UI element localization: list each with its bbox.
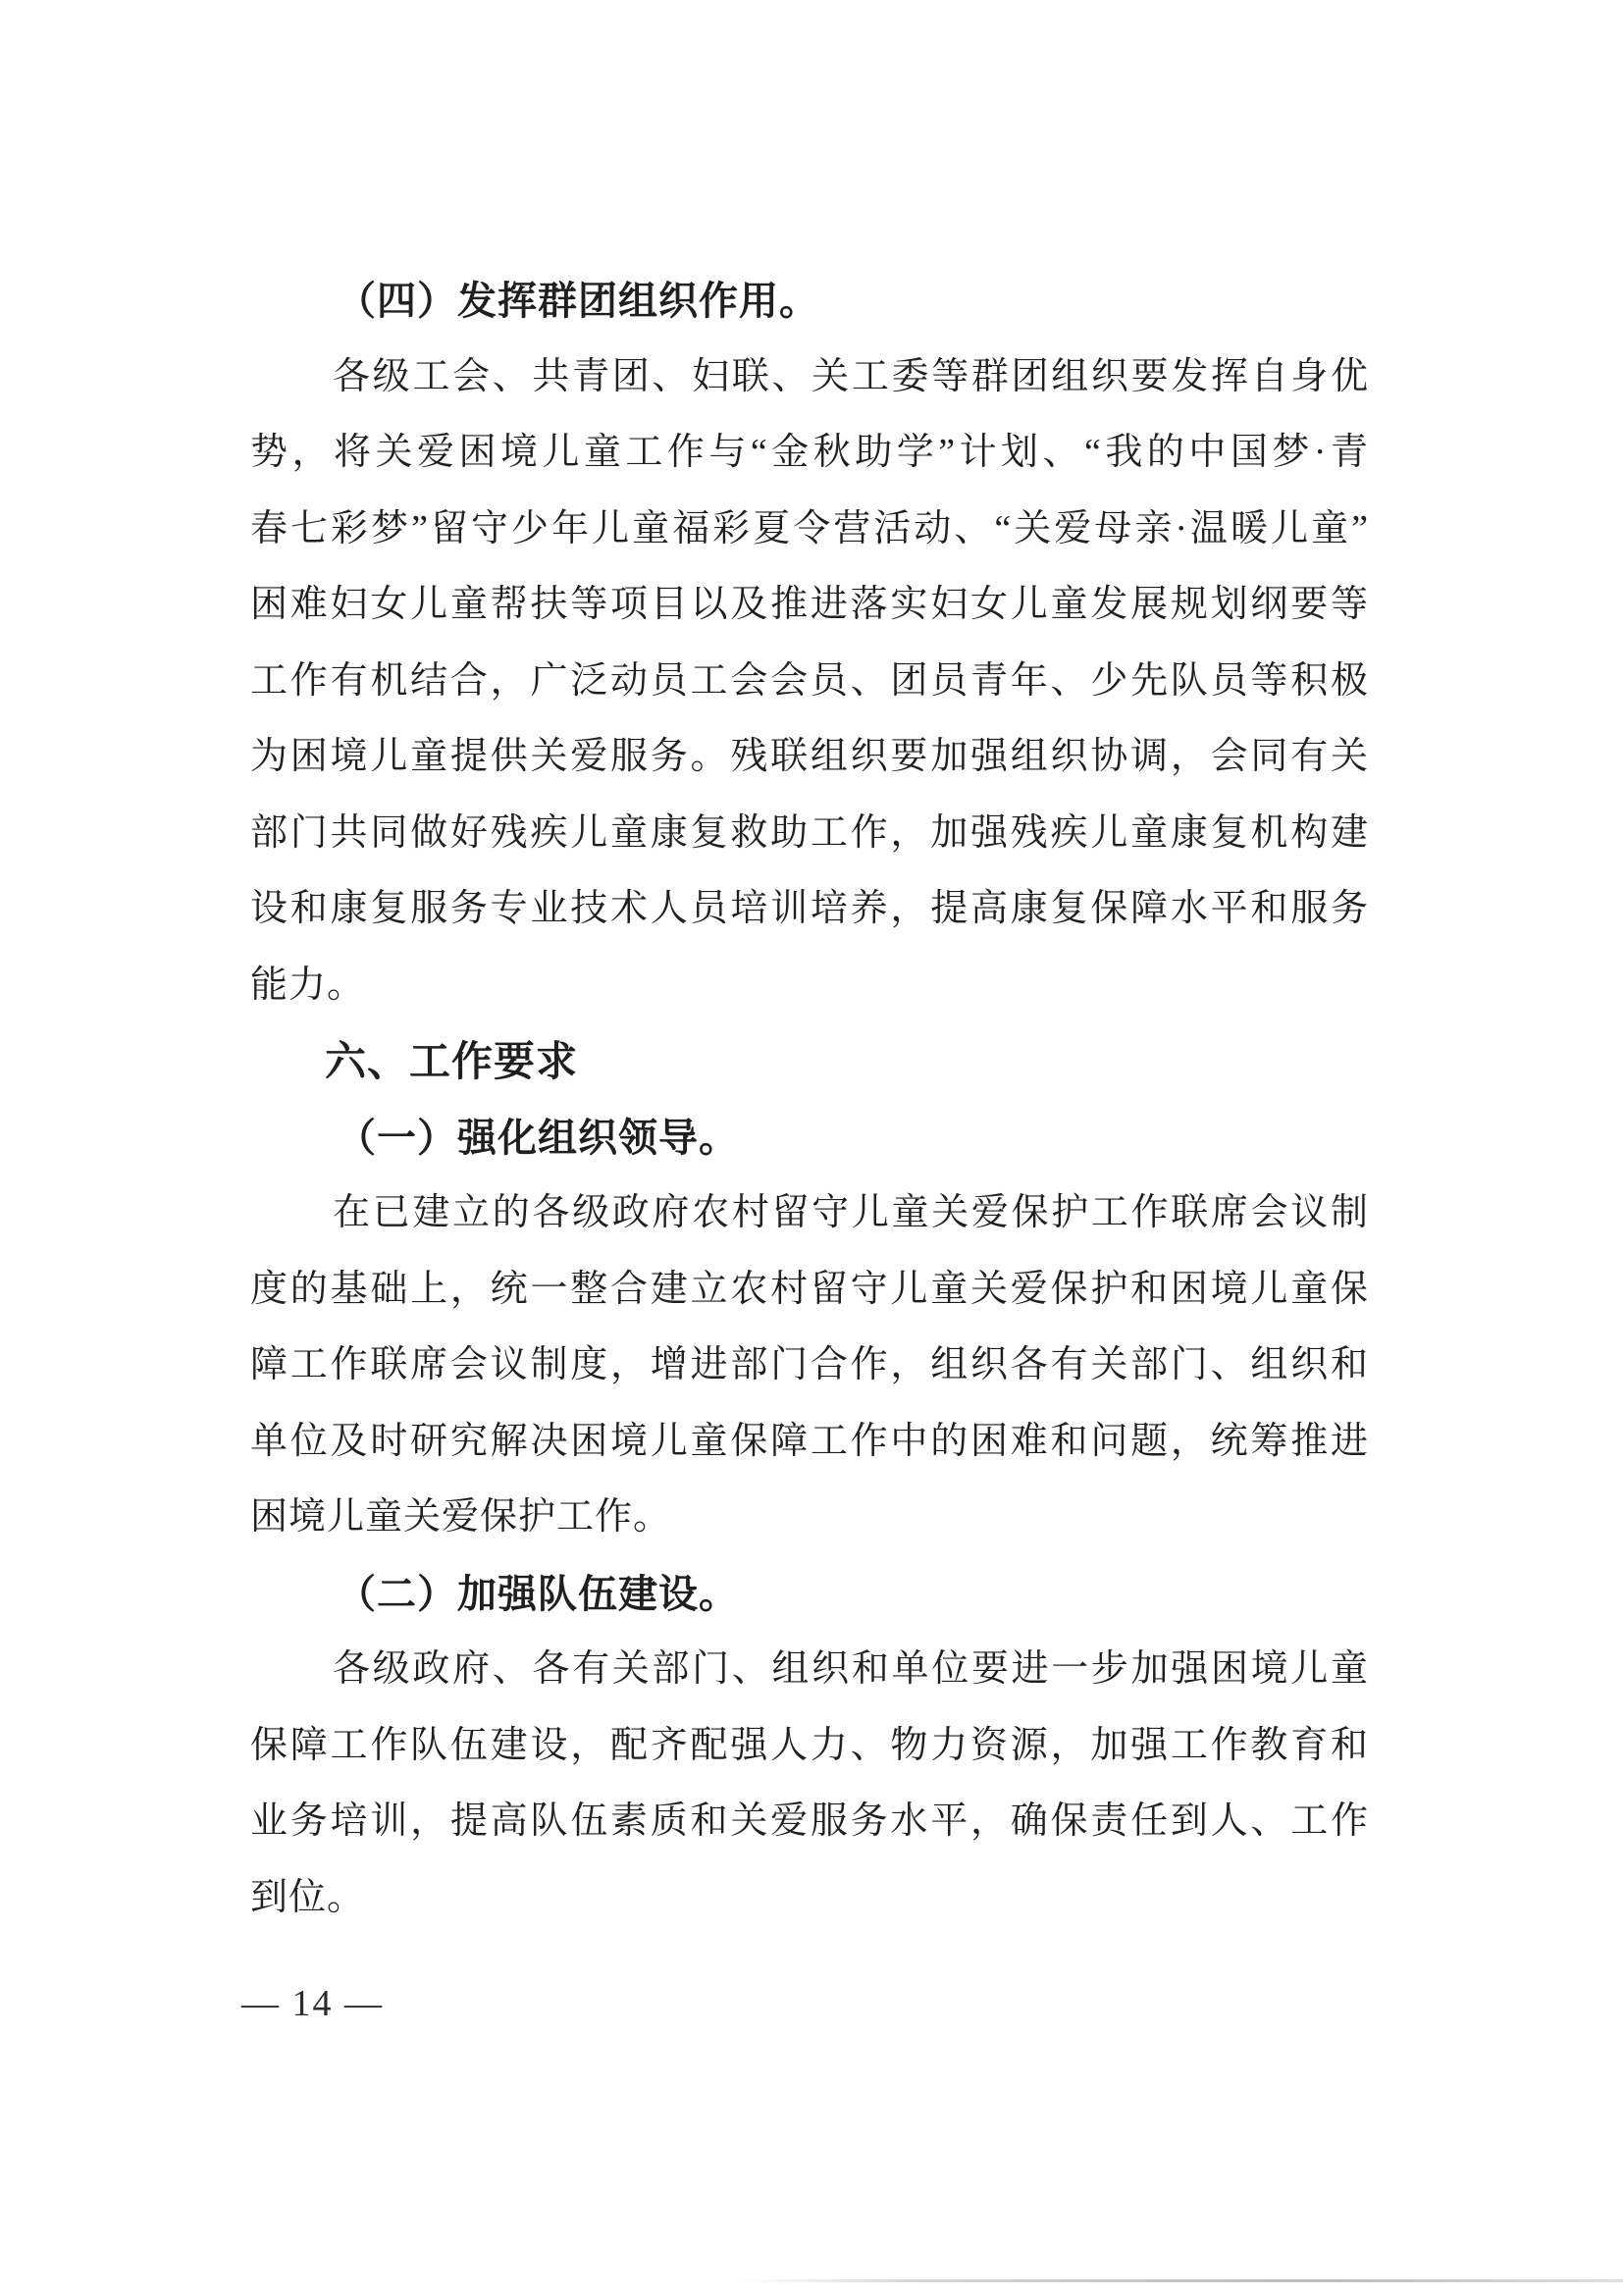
section-heading-6: 六、工作要求 [250,1023,1369,1100]
paragraph-line: 保障工作队伍建设，配齐配强人力、物力资源，加强工作教育和 [250,1708,1369,1785]
paragraph-line: 势，将关爱困境儿童工作与“金秋助学”计划、“我的中国梦·青 [250,415,1369,492]
paragraph-line: 各级工会、共青团、妇联、关工委等群团组织要发挥自身优 [250,339,1369,416]
paragraph-line: 度的基础上，统一整合建立农村留守儿童关爱保护和困境儿童保 [250,1252,1369,1329]
scan-artifact-line [741,2279,1623,2282]
paragraph-line: 春七彩梦”留守少年儿童福彩夏令营活动、“关爱母亲·温暖儿童” [250,492,1369,568]
paragraph-line: 工作有机结合，广泛动员工会会员、团员青年、少先队员等积极 [250,644,1369,720]
paragraph-end-line: 能力。 [250,948,1369,1024]
scanned-document-page: （四）发挥群团组织作用。 各级工会、共青团、妇联、关工委等群团组织要发挥自身优 … [0,0,1623,2296]
paragraph-end-line: 困境儿童关爱保护工作。 [250,1480,1369,1556]
paragraph-end-line: 到位。 [250,1860,1369,1937]
subsection-heading-2: （二）加强队伍建设。 [250,1556,1369,1633]
page-number: — 14 — [241,1974,384,2033]
paragraph-line: 各级政府、各有关部门、组织和单位要进一步加强困境儿童 [250,1632,1369,1708]
paragraph-line: 部门共同做好残疾儿童康复救助工作，加强残疾儿童康复机构建 [250,796,1369,872]
document-body: （四）发挥群团组织作用。 各级工会、共青团、妇联、关工委等群团组织要发挥自身优 … [250,263,1369,1936]
paragraph-line: 单位及时研究解决困境儿童保障工作中的困难和问题，统筹推进 [250,1404,1369,1481]
paragraph-line: 困难妇女儿童帮扶等项目以及推进落实妇女儿童发展规划纲要等 [250,567,1369,644]
subsection-heading-1: （一）强化组织领导。 [250,1100,1369,1176]
paragraph-line: 设和康复服务专业技术人员培训培养，提高康复保障水平和服务 [250,871,1369,948]
paragraph-line: 障工作联席会议制度，增进部门合作，组织各有关部门、组织和 [250,1328,1369,1404]
subsection-heading-4: （四）发挥群团组织作用。 [250,263,1369,339]
paragraph-line: 为困境儿童提供关爱服务。残联组织要加强组织协调，会同有关 [250,719,1369,796]
paragraph-line: 在已建立的各级政府农村留守儿童关爱保护工作联席会议制 [250,1175,1369,1252]
paragraph-line: 业务培训，提高队伍素质和关爱服务水平，确保责任到人、工作 [250,1784,1369,1860]
